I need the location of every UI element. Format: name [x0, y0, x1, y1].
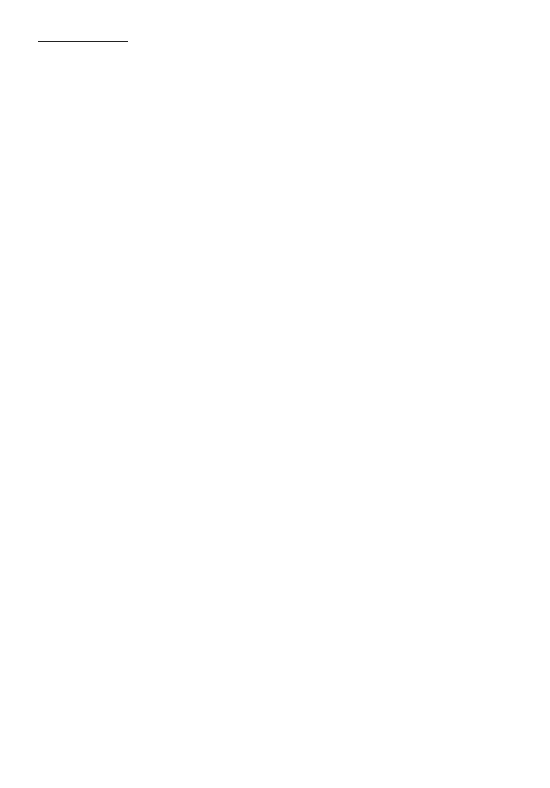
fill-blank: [38, 31, 128, 42]
exam-page: [0, 0, 550, 788]
q34-stem-line1: [36, 31, 130, 46]
